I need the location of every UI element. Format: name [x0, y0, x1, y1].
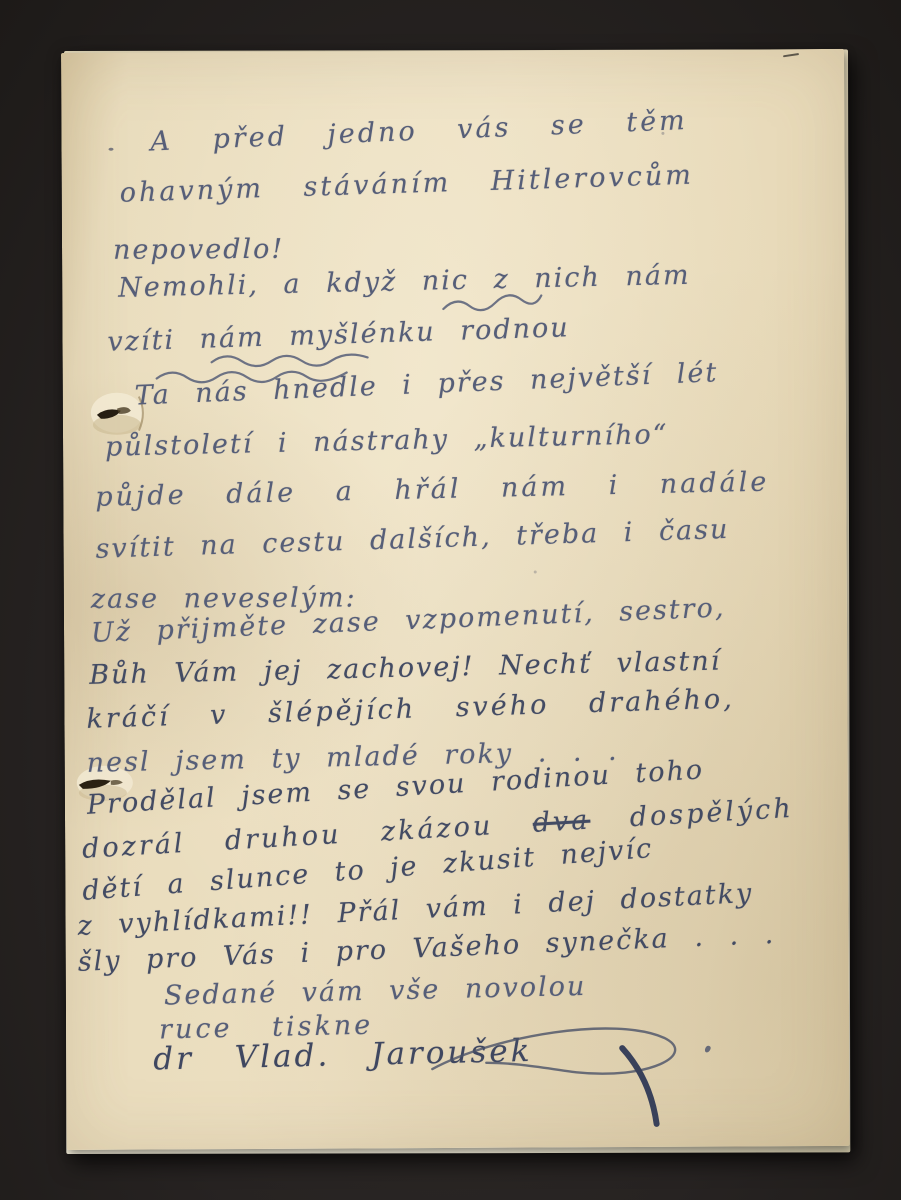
ink-speck — [534, 571, 537, 574]
handwritten-line: půjde dále a hřál nám i nadále — [95, 469, 770, 511]
line-text: svítit na cestu dalších, třeba i času — [95, 514, 730, 565]
line-text: půjde dále a hřál nám i nadále — [95, 467, 770, 513]
handwritten-line: kráčí v šlépějích svého drahého, — [86, 686, 735, 733]
handwritten-line: nepovedlo! — [113, 236, 284, 264]
line-text: nepovedlo! — [113, 234, 284, 266]
handwritten-line: vzíti nám myšlénku rodnou — [107, 314, 570, 356]
struck-word: dva — [532, 805, 591, 839]
handwritten-line: svítit na cestu dalších, třeba i času — [95, 516, 730, 563]
handwritten-line: Nemohli, a když nic z nich nám — [118, 262, 691, 302]
letter-page: A před jedno vás se těm ohavným stáváním… — [61, 49, 850, 1150]
ink-squiggle-flourish — [441, 292, 545, 317]
line-text: A před jedno vás se těm — [150, 105, 688, 158]
photo-background: A před jedno vás se těm ohavným stáváním… — [0, 0, 901, 1200]
handwritten-line: ohavným stáváním Hitlerovcům — [119, 162, 694, 207]
handwritten-line: A před jedno vás se těm — [150, 107, 688, 156]
handwritten-line: půlstoletí i nástrahy „kulturního“ — [105, 421, 669, 461]
signature-flourish-loop — [426, 1010, 727, 1142]
handwritten-line: Bůh Vám jej zachovej! Nechť vlastní — [89, 648, 722, 689]
line-text: půlstoletí i nástrahy „kulturního“ — [105, 419, 669, 463]
line-text: Sedané vám vše novolou — [164, 971, 587, 1012]
line-text: kráčí v šlépějích svého drahého, — [86, 684, 735, 735]
line-text: Nemohli, a když nic z nich nám — [118, 260, 691, 304]
line-text: Bůh Vám jej zachovej! Nechť vlastní — [89, 646, 722, 691]
line-text: ohavným stáváním Hitlerovcům — [119, 160, 694, 209]
handwritten-line: Sedané vám vše novolou — [164, 973, 587, 1010]
pencil-dash — [783, 53, 799, 57]
line-text: dospělých — [589, 793, 794, 836]
wavy-ink-underline — [152, 351, 412, 386]
ink-speck — [108, 148, 113, 151]
